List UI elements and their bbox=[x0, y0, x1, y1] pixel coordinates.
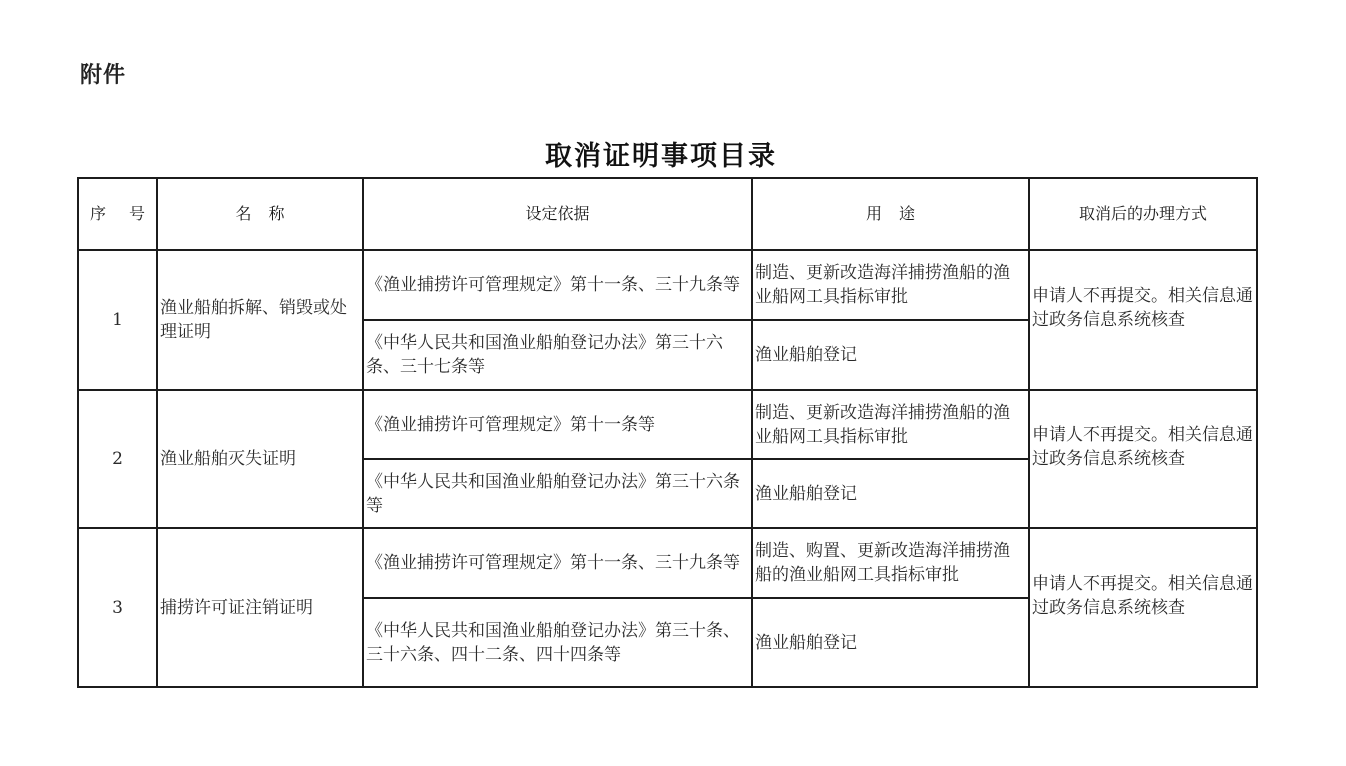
row-name: 渔业船舶灭失证明 bbox=[157, 390, 363, 528]
after-cancellation-text: 申请人不再提交。相关信息通过政务信息系统核查 bbox=[1032, 572, 1254, 620]
table-header-row: 序 号 名 称 设定依据 用 途 取消后的办理方式 bbox=[78, 178, 1257, 250]
table-row: 3 捕捞许可证注销证明 《渔业捕捞许可管理规定》第十一条、三十九条等 制造、购置… bbox=[78, 528, 1257, 598]
header-use: 用 途 bbox=[752, 178, 1029, 250]
attachment-label: 附件 bbox=[80, 58, 126, 89]
row-basis: 《渔业捕捞许可管理规定》第十一条、三十九条等 bbox=[363, 250, 752, 320]
header-index: 序 号 bbox=[78, 178, 157, 250]
table-row: 2 渔业船舶灭失证明 《渔业捕捞许可管理规定》第十一条等 制造、更新改造海洋捕捞… bbox=[78, 390, 1257, 459]
table-row: 1 渔业船舶拆解、销毁或处理证明 《渔业捕捞许可管理规定》第十一条、三十九条等 … bbox=[78, 250, 1257, 320]
after-cancellation-text: 申请人不再提交。相关信息通过政务信息系统核查 bbox=[1032, 284, 1254, 332]
header-after-cancellation: 取消后的办理方式 bbox=[1029, 178, 1257, 250]
row-use: 制造、更新改造海洋捕捞渔船的渔业船网工具指标审批 bbox=[752, 390, 1029, 459]
row-use: 制造、更新改造海洋捕捞渔船的渔业船网工具指标审批 bbox=[752, 250, 1029, 320]
header-name: 名 称 bbox=[157, 178, 363, 250]
document-title: 取消证明事项目录 bbox=[0, 134, 1346, 173]
row-after-cancellation: 申请人不再提交。相关信息通过政务信息系统核查 bbox=[1029, 250, 1257, 390]
row-name: 渔业船舶拆解、销毁或处理证明 bbox=[157, 250, 363, 390]
header-basis: 设定依据 bbox=[363, 178, 752, 250]
cancelled-certificates-table: 序 号 名 称 设定依据 用 途 取消后的办理方式 1 渔业船舶拆解、销毁或处理… bbox=[77, 177, 1258, 688]
row-basis: 《中华人民共和国渔业船舶登记办法》第三十条、三十六条、四十二条、四十四条等 bbox=[363, 598, 752, 687]
row-index: 3 bbox=[78, 528, 157, 687]
row-use: 渔业船舶登记 bbox=[752, 459, 1029, 528]
row-basis: 《中华人民共和国渔业船舶登记办法》第三十六条等 bbox=[363, 459, 752, 528]
row-basis: 《渔业捕捞许可管理规定》第十一条、三十九条等 bbox=[363, 528, 752, 598]
row-use: 渔业船舶登记 bbox=[752, 598, 1029, 687]
row-use: 制造、购置、更新改造海洋捕捞渔船的渔业船网工具指标审批 bbox=[752, 528, 1029, 598]
row-use: 渔业船舶登记 bbox=[752, 320, 1029, 390]
row-after-cancellation: 申请人不再提交。相关信息通过政务信息系统核查 bbox=[1029, 528, 1257, 687]
document-title-text: 取消证明事项目录 bbox=[545, 141, 777, 172]
after-cancellation-text: 申请人不再提交。相关信息通过政务信息系统核查 bbox=[1032, 423, 1254, 471]
row-index: 2 bbox=[78, 390, 157, 528]
row-name: 捕捞许可证注销证明 bbox=[157, 528, 363, 687]
row-index: 1 bbox=[78, 250, 157, 390]
row-after-cancellation: 申请人不再提交。相关信息通过政务信息系统核查 bbox=[1029, 390, 1257, 528]
row-basis: 《渔业捕捞许可管理规定》第十一条等 bbox=[363, 390, 752, 459]
row-basis: 《中华人民共和国渔业船舶登记办法》第三十六条、三十七条等 bbox=[363, 320, 752, 390]
